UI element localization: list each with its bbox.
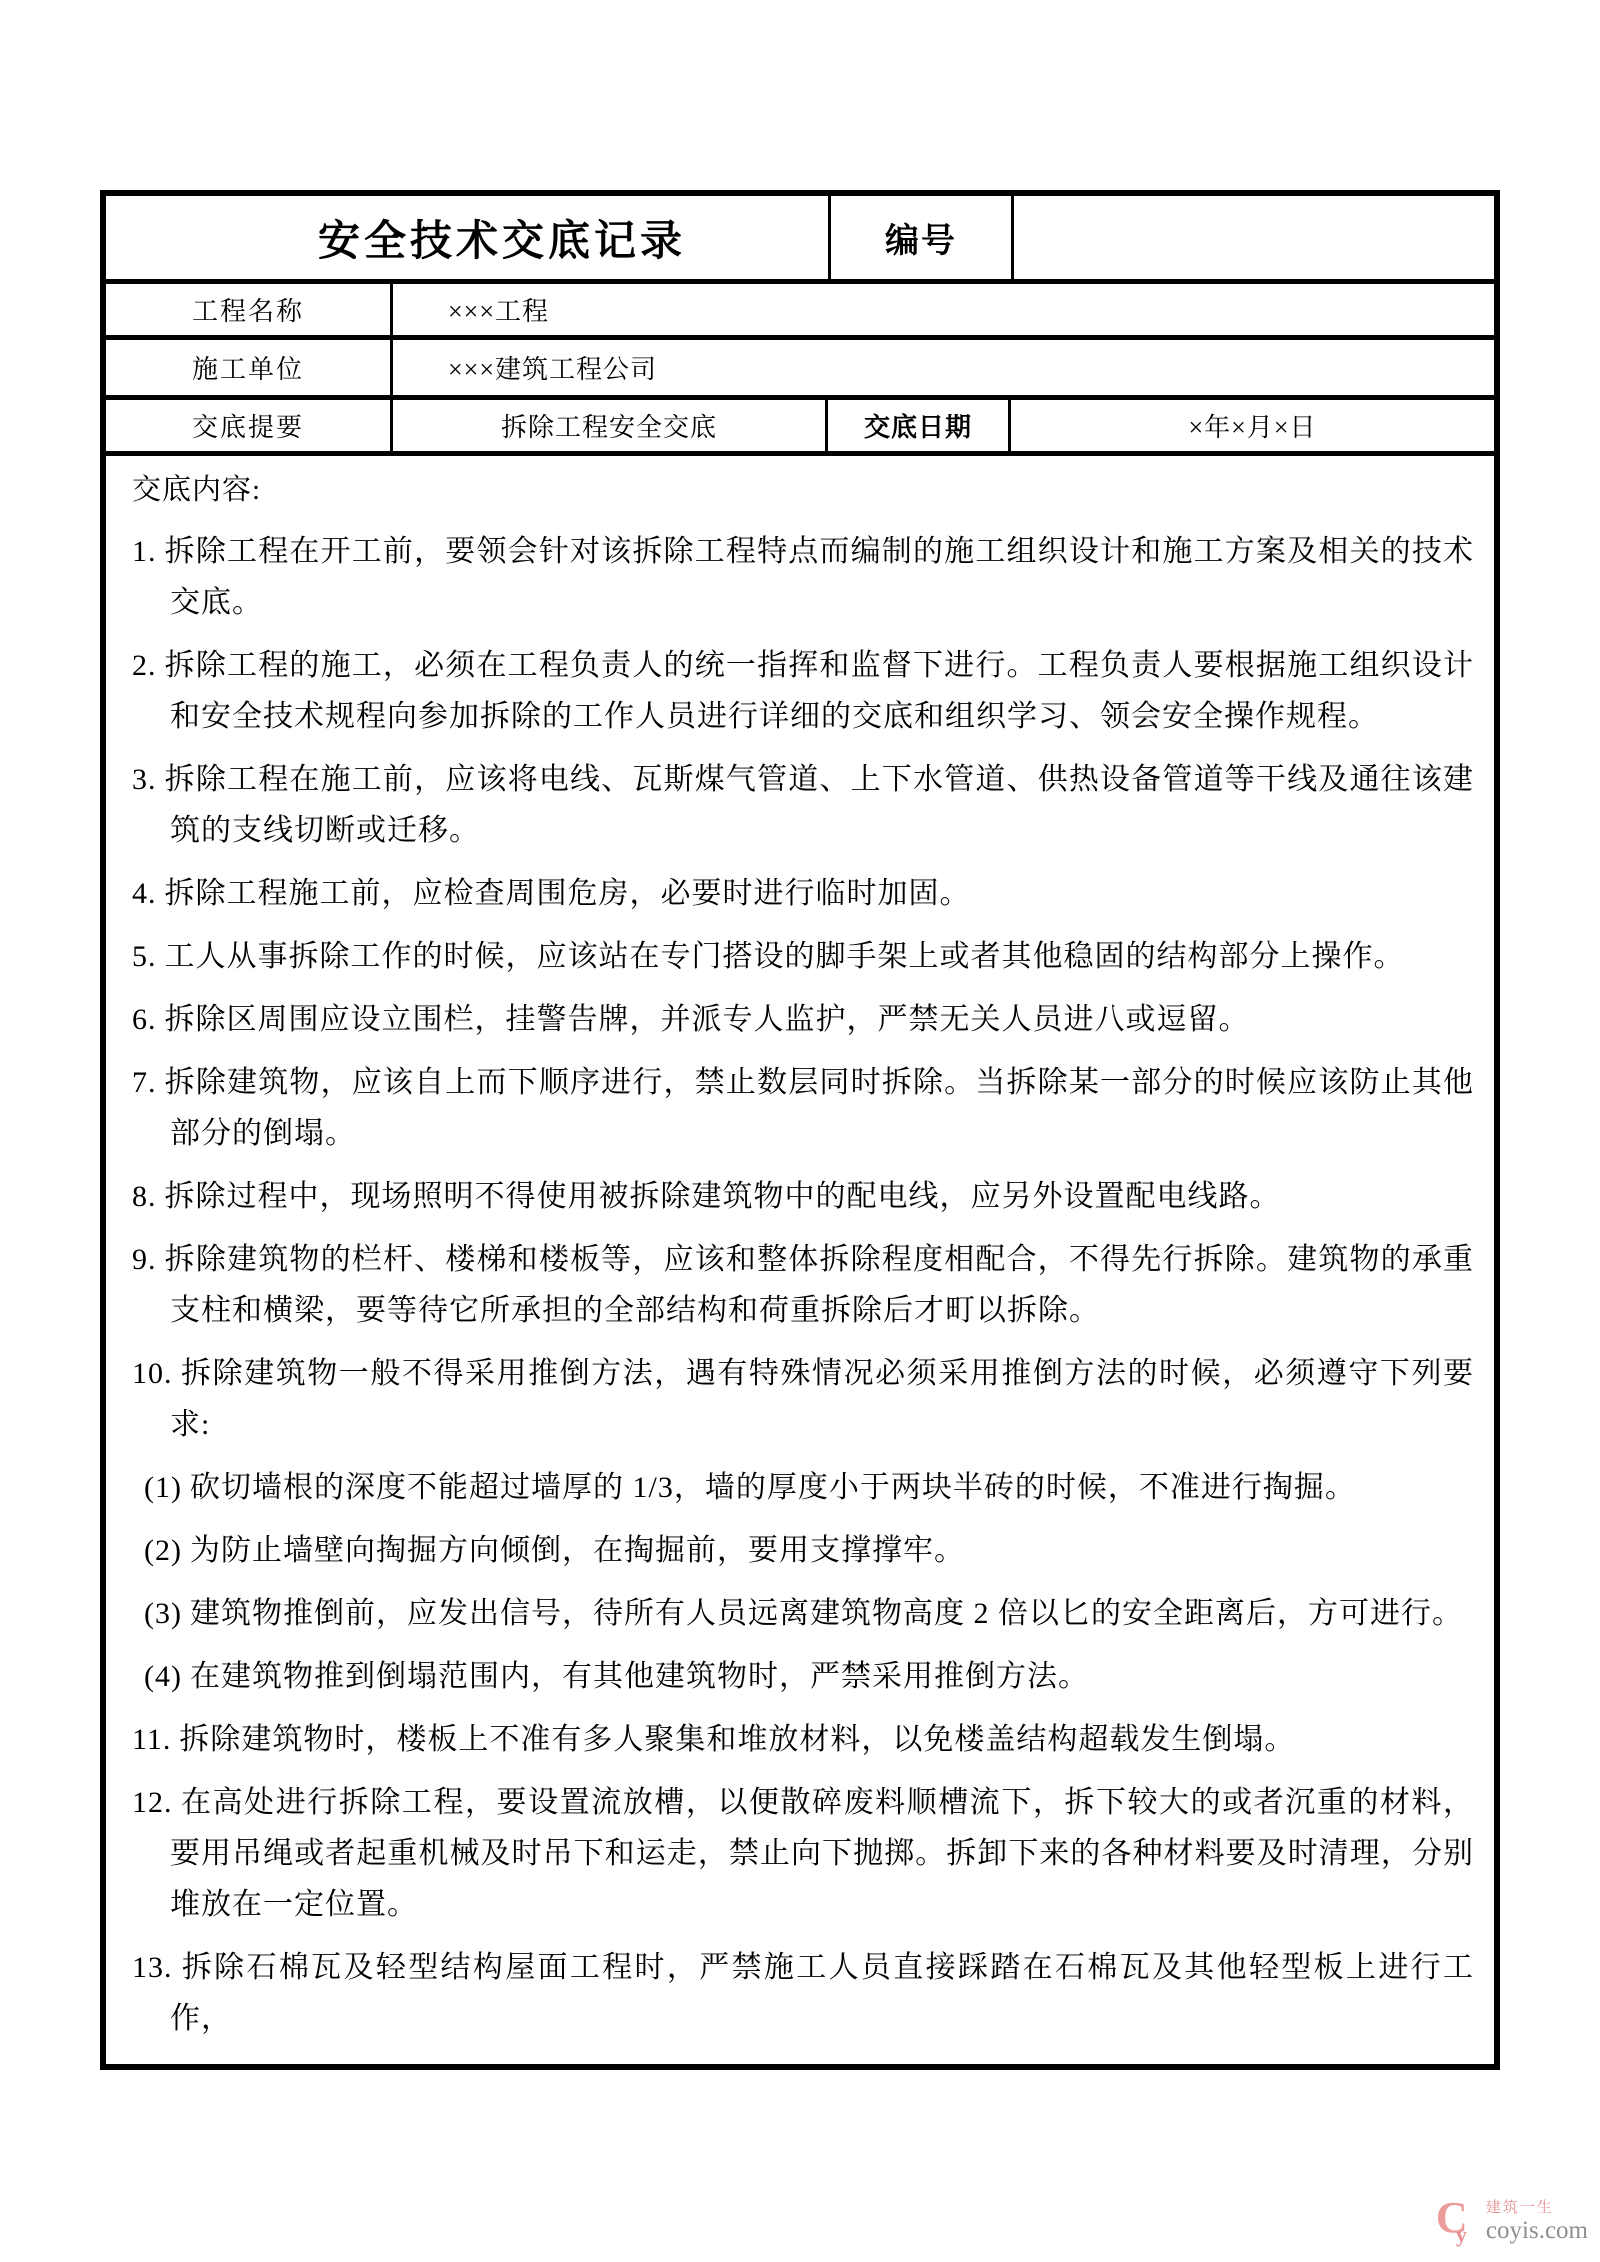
content-item-2: 2.拆除工程的施工，必须在工程负责人的统一指挥和监督下进行。工程负责人要根据施工… bbox=[132, 640, 1474, 742]
item-number: 4. bbox=[132, 877, 157, 910]
document-page: 安全技术交底记录 编号 工程名称 ×××工程 施工单位 ×××建筑工程公司 交底… bbox=[0, 0, 1600, 2262]
item-text: 工人从事拆除工作的时候，应该站在专门搭设的脚手架上或者其他稳固的结构部分上操作。 bbox=[165, 940, 1405, 973]
item-text: 拆除工程在开工前，要领会针对该拆除工程特点而编制的施工组织设计和施工方案及相关的… bbox=[165, 535, 1475, 619]
item-text: 拆除工程施工前，应检查周围危房，必要时进行临时加固。 bbox=[165, 877, 971, 910]
content-item-7: 7.拆除建筑物，应该自上而下顺序进行，禁止数层同时拆除。当拆除某一部分的时候应该… bbox=[132, 1057, 1474, 1159]
watermark-text: 建筑一生 coyis.com bbox=[1486, 2200, 1588, 2244]
content-item-10-4: (4)在建筑物推到倒塌范围内，有其他建筑物时，严禁采用推倒方法。 bbox=[144, 1651, 1474, 1702]
item-number: 12. bbox=[132, 1786, 173, 1819]
item-text: 拆除工程的施工，必须在工程负责人的统一指挥和监督下进行。工程负责人要根据施工组织… bbox=[165, 649, 1475, 733]
item-number: 10. bbox=[132, 1357, 173, 1390]
coyis-logo-icon: C y bbox=[1436, 2196, 1480, 2248]
content-item-4: 4.拆除工程施工前，应检查周围危房，必要时进行临时加固。 bbox=[132, 868, 1474, 919]
content-item-10-1: (1)砍切墙根的深度不能超过墙厚的 1/3，墙的厚度小于两块半砖的时候，不准进行… bbox=[144, 1462, 1474, 1513]
item-number: 6. bbox=[132, 1003, 157, 1036]
subitem-number: (4) bbox=[144, 1660, 182, 1693]
subitem-number: (2) bbox=[144, 1534, 182, 1567]
date-label: 交底日期 bbox=[825, 400, 1008, 451]
item-text: 在建筑物推到倒塌范围内，有其他建筑物时，严禁采用推倒方法。 bbox=[190, 1660, 1089, 1693]
item-number: 2. bbox=[132, 649, 157, 682]
item-number: 9. bbox=[132, 1243, 157, 1276]
item-text: 拆除石棉瓦及轻型结构屋面工程时，严禁施工人员直接踩踏在石棉瓦及其他轻型板上进行工… bbox=[170, 1951, 1474, 2035]
logo-letter-y: y bbox=[1456, 2222, 1467, 2248]
item-text: 拆除建筑物一般不得采用推倒方法，遇有特殊情况必须采用推倒方法的时候，必须遵守下列… bbox=[170, 1357, 1474, 1441]
construction-unit-label: 施工单位 bbox=[106, 340, 390, 395]
item-text: 拆除过程中，现场照明不得使用被拆除建筑物中的配电线，应另外设置配电线路。 bbox=[165, 1180, 1281, 1213]
item-text: 砍切墙根的深度不能超过墙厚的 1/3，墙的厚度小于两块半砖的时候，不准进行掏掘。 bbox=[190, 1471, 1356, 1504]
form-header-row: 安全技术交底记录 编号 bbox=[106, 196, 1494, 284]
subitem-number: (1) bbox=[144, 1471, 182, 1504]
content-item-11: 11.拆除建筑物时，楼板上不准有多人聚集和堆放材料，以免楼盖结构超载发生倒塌。 bbox=[132, 1714, 1474, 1765]
date-value: ×年×月×日 bbox=[1008, 400, 1494, 451]
item-number: 11. bbox=[132, 1723, 171, 1756]
project-name-value: ×××工程 bbox=[390, 284, 1494, 335]
form-title: 安全技术交底记录 bbox=[106, 196, 828, 279]
content-item-1: 1.拆除工程在开工前，要领会针对该拆除工程特点而编制的施工组织设计和施工方案及相… bbox=[132, 526, 1474, 628]
content-item-3: 3.拆除工程在施工前，应该将电线、瓦斯煤气管道、上下水管道、供热设备管道等干线及… bbox=[132, 754, 1474, 856]
construction-unit-row: 施工单位 ×××建筑工程公司 bbox=[106, 340, 1494, 400]
content-item-10-2: (2)为防止墙壁向掏掘方向倾倒，在掏掘前，要用支撑撑牢。 bbox=[144, 1525, 1474, 1576]
item-text: 拆除区周围应设立围栏，挂警告牌，并派专人监护，严禁无关人员进八或逗留。 bbox=[165, 1003, 1250, 1036]
content-item-10: 10.拆除建筑物一般不得采用推倒方法，遇有特殊情况必须采用推倒方法的时候，必须遵… bbox=[132, 1348, 1474, 1450]
item-number: 1. bbox=[132, 535, 157, 568]
brief-value: 拆除工程安全交底 bbox=[390, 400, 825, 451]
content-item-12: 12.在高处进行拆除工程，要设置流放槽，以便散碎废料顺槽流下，拆下较大的或者沉重… bbox=[132, 1777, 1474, 1930]
item-number: 8. bbox=[132, 1180, 157, 1213]
number-label: 编号 bbox=[828, 196, 1011, 279]
project-name-label: 工程名称 bbox=[106, 284, 390, 335]
disclosure-content: 交底内容: 1.拆除工程在开工前，要领会针对该拆除工程特点而编制的施工组织设计和… bbox=[106, 456, 1494, 2064]
subitem-number: (3) bbox=[144, 1597, 182, 1630]
content-item-9: 9.拆除建筑物的栏杆、楼梯和楼板等，应该和整体拆除程度相配合，不得先行拆除。建筑… bbox=[132, 1234, 1474, 1336]
project-name-row: 工程名称 ×××工程 bbox=[106, 284, 1494, 340]
watermark-tagline: 建筑一生 bbox=[1486, 2200, 1588, 2217]
watermark-site: coyis.com bbox=[1486, 2217, 1588, 2245]
safety-disclosure-form: 安全技术交底记录 编号 工程名称 ×××工程 施工单位 ×××建筑工程公司 交底… bbox=[100, 190, 1500, 2070]
item-text: 拆除工程在施工前，应该将电线、瓦斯煤气管道、上下水管道、供热设备管道等干线及通往… bbox=[165, 763, 1475, 847]
brief-label: 交底提要 bbox=[106, 400, 390, 451]
item-text: 拆除建筑物的栏杆、楼梯和楼板等，应该和整体拆除程度相配合，不得先行拆除。建筑物的… bbox=[165, 1243, 1475, 1327]
content-item-5: 5.工人从事拆除工作的时候，应该站在专门搭设的脚手架上或者其他稳固的结构部分上操… bbox=[132, 931, 1474, 982]
construction-unit-value: ×××建筑工程公司 bbox=[390, 340, 1494, 395]
item-text: 拆除建筑物时，楼板上不准有多人聚集和堆放材料，以免楼盖结构超载发生倒塌。 bbox=[179, 1723, 1295, 1756]
item-text: 为防止墙壁向掏掘方向倾倒，在掏掘前，要用支撑撑牢。 bbox=[190, 1534, 965, 1567]
number-value bbox=[1011, 196, 1494, 279]
content-item-6: 6.拆除区周围应设立围栏，挂警告牌，并派专人监护，严禁无关人员进八或逗留。 bbox=[132, 994, 1474, 1045]
item-number: 7. bbox=[132, 1066, 157, 1099]
item-number: 5. bbox=[132, 940, 157, 973]
content-item-13: 13.拆除石棉瓦及轻型结构屋面工程时，严禁施工人员直接踩踏在石棉瓦及其他轻型板上… bbox=[132, 1942, 1474, 2044]
item-number: 3. bbox=[132, 763, 157, 796]
content-item-8: 8.拆除过程中，现场照明不得使用被拆除建筑物中的配电线，应另外设置配电线路。 bbox=[132, 1171, 1474, 1222]
item-number: 13. bbox=[132, 1951, 173, 1984]
brief-date-row: 交底提要 拆除工程安全交底 交底日期 ×年×月×日 bbox=[106, 400, 1494, 456]
site-watermark: C y 建筑一生 coyis.com bbox=[1436, 2196, 1588, 2248]
content-item-10-3: (3)建筑物推倒前，应发出信号，待所有人员远离建筑物高度 2 倍以匕的安全距离后… bbox=[144, 1588, 1474, 1639]
item-text: 在高处进行拆除工程，要设置流放槽，以便散碎废料顺槽流下，拆下较大的或者沉重的材料… bbox=[170, 1786, 1474, 1921]
content-label: 交底内容: bbox=[132, 468, 1474, 512]
item-text: 拆除建筑物，应该自上而下顺序进行，禁止数层同时拆除。当拆除某一部分的时候应该防止… bbox=[165, 1066, 1475, 1150]
item-text: 建筑物推倒前，应发出信号，待所有人员远离建筑物高度 2 倍以匕的安全距离后，方可… bbox=[190, 1597, 1463, 1630]
